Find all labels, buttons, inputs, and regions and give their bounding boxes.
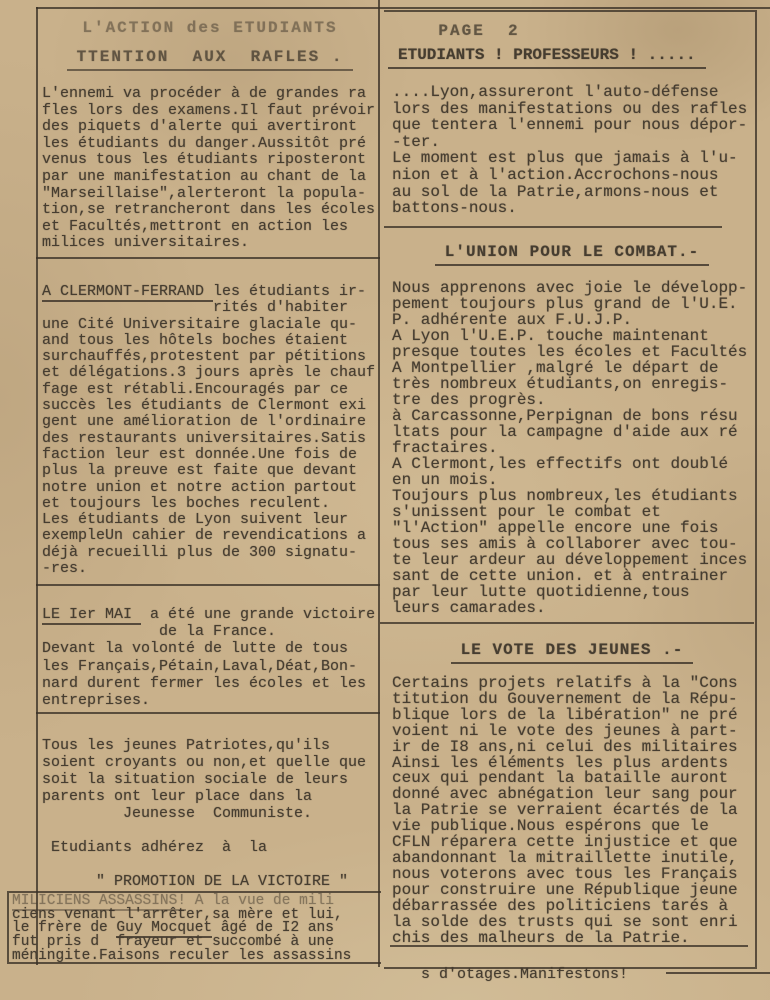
text-line: lors des manifestations ou des rafles xyxy=(392,101,758,118)
text-line: gent une amélioration de l'ordinaire xyxy=(42,414,378,430)
text-line: parents ont leur place dans la xyxy=(42,788,378,805)
section-rule xyxy=(380,622,754,624)
text-line: -ter. xyxy=(392,134,758,151)
text-line: A CLERMONT-FERRAND les étudiants ir- xyxy=(42,284,378,300)
text-line: fage est rétabli.Encouragés par ce xyxy=(42,382,378,398)
text-line: tous ses amis à collaborer avec tou- xyxy=(392,536,758,552)
text-line: soit la situation sociale de leurs xyxy=(42,771,378,788)
text-line: rités d'habiter xyxy=(42,300,378,316)
text-line: Tous les jeunes Patriotes,qu'ils xyxy=(42,737,378,754)
masthead-title: L'ACTION des ETUDIANTS xyxy=(42,19,378,37)
text-line: faction leur est donnée.Une fois de xyxy=(42,447,378,463)
text-line: fractaires. xyxy=(392,440,758,456)
text-line: au sol de la Patrie,armons-nous et xyxy=(392,184,758,201)
section-rule xyxy=(36,712,380,714)
text-line: entreprises. xyxy=(42,692,378,709)
text-line: Toujours plus nombreux,les étudiants xyxy=(392,488,758,504)
section-heading-rafles-text: TTENTION AUX RAFLES . xyxy=(67,48,354,71)
text-line: plus la preuve est faite que devant xyxy=(42,463,378,479)
text-line: -res. xyxy=(42,561,378,577)
text-line: les étudiants du danger.Aussitôt pré xyxy=(42,136,378,153)
section-heading-vote-jeunes-text: LE VOTE DES JEUNES .- xyxy=(451,641,694,664)
paragraph-clermont-ferrand: A CLERMONT-FERRAND les étudiants ir- rit… xyxy=(42,284,378,577)
text-line: LE Ier MAI a été une grande victoire xyxy=(42,606,378,623)
text-line: Jeunesse Communiste. xyxy=(42,805,378,822)
text-line: Etudiants adhérez à la xyxy=(42,839,378,856)
section-rule xyxy=(36,584,380,586)
footer-dash-rule xyxy=(666,972,770,974)
text-line: exempleUn cahier de revendications a xyxy=(42,528,378,544)
text-line: sant de cette union. et à entrainer xyxy=(392,568,758,584)
section-heading-etudiants-professeurs: ETUDIANTS ! PROFESSEURS ! ..... xyxy=(388,46,758,69)
paragraph-intro-lyon: ....Lyon,assureront l'auto-défenselors d… xyxy=(392,84,758,217)
text-line: leurs camarades. xyxy=(392,600,758,616)
text-line: Les étudiants de Lyon suivent leur xyxy=(42,512,378,528)
text-line: très nombreux étudiants,on enregis- xyxy=(392,376,758,392)
text-line: pement toujours plus grand de l'U.E. xyxy=(392,296,758,312)
newspaper-page: L'ACTION des ETUDIANTS TTENTION AUX RAFL… xyxy=(0,0,770,1000)
text-segment: a été une grande victoire xyxy=(141,606,375,623)
page-number-label: PAGE 2 xyxy=(392,22,520,40)
text-line: "l'Action" appelle encore une fois xyxy=(392,520,758,536)
text-line: milices universitaires. xyxy=(42,235,378,252)
paragraph-union-combat: Nous apprenons avec joie le développ-pem… xyxy=(392,280,758,616)
footer-continuation-line: s d'otages.Manifestons! xyxy=(385,949,770,1000)
text-line: " PROMOTION DE LA VICTOIRE " xyxy=(42,873,378,890)
section-heading-vote-jeunes: LE VOTE DES JEUNES .- xyxy=(392,641,752,664)
text-line: L'ennemi va procéder à de grandes ra xyxy=(42,86,378,103)
text-line: ....Lyon,assureront l'auto-défense xyxy=(392,84,758,101)
left-column-border xyxy=(36,7,38,965)
paragraph-miliciens-assassins: MILICIENS ASSASSINS! A la vue de milicie… xyxy=(12,895,378,964)
text-line: à Carcassonne,Perpignan de bons résu xyxy=(392,408,758,424)
text-line: P. adhérente aux F.U.J.P. xyxy=(392,312,758,328)
text-line: venus tous les étudiants riposteront xyxy=(42,152,378,169)
text-line: Devant la volonté de lutte de tous xyxy=(42,640,378,657)
text-line: tre des progrès. xyxy=(392,392,758,408)
section-heading-union-combat: L'UNION POUR LE COMBAT.- xyxy=(392,243,752,266)
text-line: presque toutes les écoles et Facultés xyxy=(392,344,758,360)
text-line: nard durent fermer les écoles et les xyxy=(42,675,378,692)
text-line: des restaurants universitaires.Satis xyxy=(42,431,378,447)
text-line: Le moment est plus que jamais à l'u- xyxy=(392,150,758,167)
text-line: que tentera l'ennemi pour nous dépor- xyxy=(392,117,758,134)
text-line: tion,se retrancheront dans les écoles xyxy=(42,202,378,219)
section-rule xyxy=(384,226,722,228)
text-line: et délégations.3 jours après le chauf xyxy=(42,365,378,381)
text-line: A Lyon l'U.E.P. touche maintenant xyxy=(392,328,758,344)
text-line xyxy=(42,856,378,873)
paragraph-rafles: L'ennemi va procéder à de grandes rafles… xyxy=(42,86,378,252)
text-line: and tous les hôtels boches étaient xyxy=(42,333,378,349)
section-heading-rafles: TTENTION AUX RAFLES . xyxy=(42,48,378,71)
paragraph-vote-jeunes: Certains projets relatifs à la "Constitu… xyxy=(392,676,758,946)
text-line: chis des malheurs de la Patrie. xyxy=(392,931,758,947)
text-line: par leur lutte quotidienne,tous xyxy=(392,584,758,600)
text-line: les Français,Pétain,Laval,Déat,Bon- xyxy=(42,658,378,675)
paragraph-jeunes-patriotes: Tous les jeunes Patriotes,qu'ilssoient c… xyxy=(42,737,378,890)
text-line: des piquets d'alerte qui avertiront xyxy=(42,119,378,136)
section-rule xyxy=(36,257,380,259)
paragraph-premier-mai: LE Ier MAI a été une grande victoire de … xyxy=(42,606,378,709)
text-line xyxy=(42,822,378,839)
text-line: "Marseillaise",alerteront la popula- xyxy=(42,186,378,203)
text-line: par une manifestation au chant de la xyxy=(42,169,378,186)
top-rule xyxy=(36,7,770,9)
text-line: ltats pour la campagne d'aide aux ré xyxy=(392,424,758,440)
text-line: déjà recueilli plus de 300 signatu- xyxy=(42,545,378,561)
column-divider xyxy=(378,0,380,967)
text-line: méningite.Faisons reculer les assassins xyxy=(12,950,378,964)
text-line: A Montpellier ,malgré le départ de xyxy=(392,360,758,376)
text-line: nion et à l'action.Accrochons-nous xyxy=(392,167,758,184)
section-heading-union-combat-text: L'UNION POUR LE COMBAT.- xyxy=(435,243,709,266)
underlined-text: MILICIENS ASSASSINS! xyxy=(12,893,186,911)
text-line: succès les étudiants de Clermont exi xyxy=(42,398,378,414)
section-heading-etudiants-professeurs-text: ETUDIANTS ! PROFESSEURS ! ..... xyxy=(388,46,706,69)
text-line: fles lors des examens.Il faut prévoir xyxy=(42,103,378,120)
text-line: une Cité Universitaire glaciale qu- xyxy=(42,317,378,333)
text-line: soient croyants ou non,et quelle que xyxy=(42,754,378,771)
text-segment: les étudiants ir- xyxy=(213,283,366,300)
text-line: de la France. xyxy=(42,623,378,640)
text-segment: A la vue de mili xyxy=(186,893,334,909)
text-line: et toujours les boches reculent. xyxy=(42,496,378,512)
text-line: A Clermont,les effectifs ont doublé xyxy=(392,456,758,472)
text-line: te leur ardeur au développement inces xyxy=(392,552,758,568)
text-line: Nous apprenons avec joie le développ- xyxy=(392,280,758,296)
text-line: notre union et notre action partout xyxy=(42,480,378,496)
text-line: en un mois. xyxy=(392,472,758,488)
text-line: battons-nous. xyxy=(392,200,758,217)
text-line: et Facultés,mettront en action les xyxy=(42,219,378,236)
text-line: MILICIENS ASSASSINS! A la vue de mili xyxy=(12,895,378,909)
footer-continuation-text: s d'otages.Manifestons! xyxy=(421,966,628,983)
text-line: s'unissent pour le combat et xyxy=(392,504,758,520)
